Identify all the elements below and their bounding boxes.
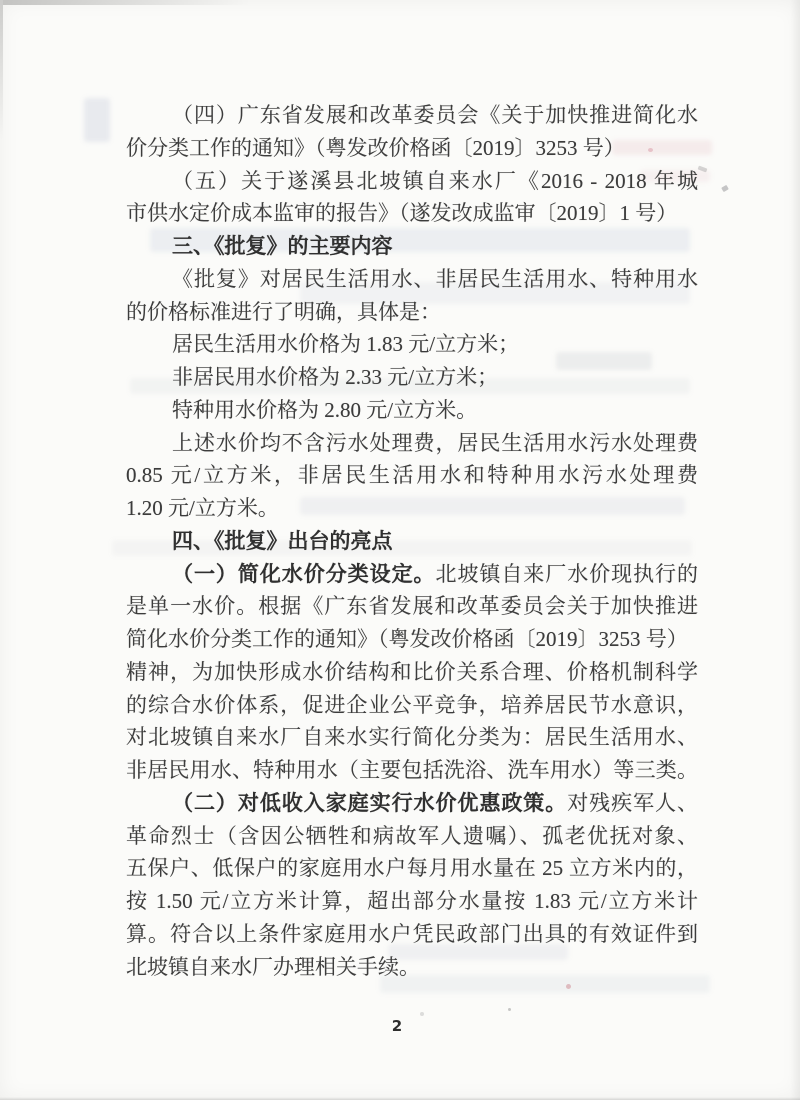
text-line: 三、《批复》的主要内容 [126,230,698,263]
scan-edge-top [0,0,250,5]
text-line: 特种用水价格为 2.80 元/立方米。 [126,394,698,427]
scan-edge-right [790,0,800,1100]
text-line: （五）关于遂溪县北坡镇自来水厂《2016 - 2018 年城 [126,165,698,198]
scan-speck [508,1008,511,1011]
scan-speck [698,166,708,173]
text-line: 0.85 元/立方米，非居民生活用水和特种用水污水处理费 [126,459,698,492]
text-line: 的综合水价体系，促进企业公平竞争，培养居民节水意识， [126,689,698,722]
bleedthrough-mark [84,98,110,142]
scan-speck [566,984,571,989]
text-line: （四）广东省发展和改革委员会《关于加快推进简化水 [126,99,698,132]
text-line: 非居民用水、特种用水（主要包括洗浴、洗车用水）等三类。 [126,754,698,787]
text-line: 北坡镇自来水厂办理相关手续。 [126,951,698,984]
text-line: 非居民用水价格为 2.33 元/立方米； [126,361,698,394]
text-line: 五保户、低保户的家庭用水户每月用水量在 25 立方米内的， [126,852,698,885]
page-number: 2 [376,1017,418,1035]
scan-speck [420,1012,424,1016]
text-run: 对残疾军人、 [567,791,698,815]
scanned-document-page: （四）广东省发展和改革委员会《关于加快推进简化水价分类工作的通知》（粤发改价格函… [0,0,800,1100]
text-line: 市供水定价成本监审的报告》（遂发改成监审〔2019〕1 号） [126,197,698,230]
text-line: 上述水价均不含污水处理费，居民生活用水污水处理费 [126,427,698,460]
text-line: （二）对低收入家庭实行水价优惠政策。对残疾军人、 [126,787,698,820]
scan-speck [721,185,729,192]
text-line: 按 1.50 元/立方米计算，超出部分水量按 1.83 元/立方米计 [126,885,698,918]
text-line: 精神，为加快形成水价结构和比价关系合理、价格机制科学 [126,656,698,689]
text-line: 算。符合以上条件家庭用水户凭民政部门出具的有效证件到 [126,918,698,951]
text-line: 1.20 元/立方米。 [126,492,698,525]
text-line: 简化水价分类工作的通知》（粤发改价格函〔2019〕3253 号） [126,623,698,656]
text-line: 革命烈士（含因公牺牲和病故军人遗嘱）、孤老优抚对象、 [126,820,698,853]
bold-run: （一）简化水价分类设定。 [172,562,435,586]
text-run: 北坡镇自来厂水价现执行的 [435,562,698,586]
scan-edge-left [0,0,3,140]
text-line: （一）简化水价分类设定。北坡镇自来厂水价现执行的 [126,558,698,591]
document-body: （四）广东省发展和改革委员会《关于加快推进简化水价分类工作的通知》（粤发改价格函… [126,99,698,983]
text-line: 四、《批复》出台的亮点 [126,525,698,558]
text-line: 《批复》对居民生活用水、非居民生活用水、特种用水 [126,263,698,296]
text-line: 价分类工作的通知》（粤发改价格函〔2019〕3253 号） [126,132,698,165]
bold-run: （二）对低收入家庭实行水价优惠政策。 [172,791,567,815]
text-line: 对北坡镇自来水厂自来水实行简化分类为：居民生活用水、 [126,721,698,754]
text-line: 的价格标准进行了明确，具体是： [126,296,698,329]
text-line: 是单一水价。根据《广东省发展和改革委员会关于加快推进 [126,590,698,623]
text-line: 居民生活用水价格为 1.83 元/立方米； [126,328,698,361]
